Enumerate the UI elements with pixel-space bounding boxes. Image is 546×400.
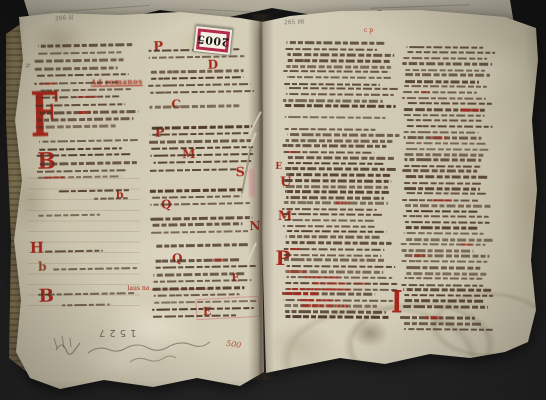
text-line [404, 188, 480, 191]
illuminated-initial-I: I [391, 287, 403, 318]
text-line [405, 175, 489, 178]
text-line [402, 249, 474, 252]
text-line [287, 65, 392, 68]
text-line [404, 294, 493, 297]
text-line [404, 153, 485, 156]
text-line [405, 73, 490, 76]
text-line [405, 69, 485, 72]
text-line [404, 85, 487, 88]
sticker-red-frame: 2005 [196, 28, 230, 52]
text-line [283, 70, 390, 73]
text-line [406, 46, 483, 49]
sticker-number: 2005 [196, 32, 230, 48]
text-line [287, 133, 399, 136]
text-line [283, 144, 386, 147]
text-line [404, 238, 493, 241]
rubric-line [422, 91, 430, 93]
text-line [402, 62, 491, 65]
text-line [404, 192, 485, 195]
text-line [401, 284, 483, 287]
text-line [405, 205, 491, 208]
verse-initial: M [278, 210, 293, 223]
text-line [404, 328, 493, 331]
text-line [405, 266, 481, 269]
text-line [285, 167, 397, 170]
text-line [282, 213, 383, 216]
rubric-line [430, 137, 447, 140]
text-line [402, 260, 488, 263]
text-line [287, 76, 392, 79]
text-line [404, 148, 489, 151]
text-line [286, 235, 380, 238]
text-line [402, 97, 486, 100]
text-line [286, 93, 394, 96]
foliation-number-right: 265 Il6 [284, 19, 305, 27]
text-line [285, 310, 386, 313]
text-line [406, 119, 481, 122]
text-line [286, 59, 390, 62]
text-line [286, 156, 394, 159]
text-line [286, 173, 390, 176]
text-line [285, 190, 389, 193]
text-line [286, 265, 395, 268]
cursive-scribble [52, 336, 242, 370]
text-line [404, 114, 484, 117]
rubric-line [282, 292, 318, 295]
text-line [287, 41, 384, 44]
shelf-number-sticker: 2005 [193, 25, 234, 56]
text-line [286, 230, 387, 233]
text-line [403, 182, 481, 185]
rubric-line [287, 270, 306, 273]
text-line [282, 208, 377, 211]
text-line [405, 80, 480, 83]
text-line [286, 241, 392, 244]
text-line [407, 102, 493, 105]
rubric-line [288, 288, 330, 291]
text-line [285, 116, 386, 119]
text-line [404, 142, 486, 145]
text-line [403, 226, 477, 229]
text-line [284, 254, 382, 257]
text-line [404, 131, 479, 134]
text-line [403, 57, 487, 60]
text-line [407, 51, 496, 54]
rubric-line [458, 243, 472, 246]
text-line [403, 299, 484, 302]
text-line [404, 158, 481, 161]
text-line [285, 48, 378, 51]
rubric-line [288, 248, 300, 250]
text-line [401, 243, 486, 246]
text-line [407, 125, 493, 128]
text-line [404, 322, 482, 325]
text-line [286, 139, 392, 142]
text-line [287, 53, 394, 56]
text-line [284, 315, 389, 318]
text-line [403, 91, 477, 94]
rubric-line [426, 317, 442, 320]
text-line [406, 210, 481, 213]
text-line [402, 165, 481, 168]
rubric-line [327, 288, 349, 291]
rubric-line [302, 276, 338, 279]
foliation-number-left: 266 IIl [55, 15, 74, 23]
text-line [287, 162, 385, 165]
text-line [283, 225, 375, 228]
text-line [284, 104, 396, 107]
text-line [403, 169, 478, 172]
rubric-line [312, 282, 348, 285]
rubric-line [301, 304, 320, 307]
text-line [284, 82, 380, 85]
verse-initial: E [275, 163, 282, 172]
text-line [284, 179, 391, 182]
rubric-line [354, 282, 368, 285]
text-line [403, 288, 491, 291]
text-line [284, 219, 376, 222]
rubric-line [287, 151, 301, 154]
text-line [286, 196, 384, 199]
text-line [403, 215, 489, 218]
text-line [403, 305, 488, 308]
text-line [283, 99, 382, 102]
rubric-line [300, 299, 315, 302]
text-line [283, 185, 388, 188]
rubric-line [410, 255, 425, 258]
text-line [285, 87, 397, 90]
rubric-line [432, 199, 454, 202]
rubric-line [460, 109, 480, 112]
text-line [284, 128, 375, 131]
rubric-line [334, 202, 349, 205]
text-line [404, 277, 482, 280]
text-line [404, 272, 486, 275]
text-line [404, 221, 489, 224]
margin-pencil-mark: N [24, 63, 31, 68]
text-line [283, 258, 385, 261]
red-marginal-mark: c p [364, 27, 373, 34]
text-line [403, 232, 483, 235]
manuscript-photo: F B b H b B Ad romanos laus na P D C P M… [0, 0, 546, 400]
